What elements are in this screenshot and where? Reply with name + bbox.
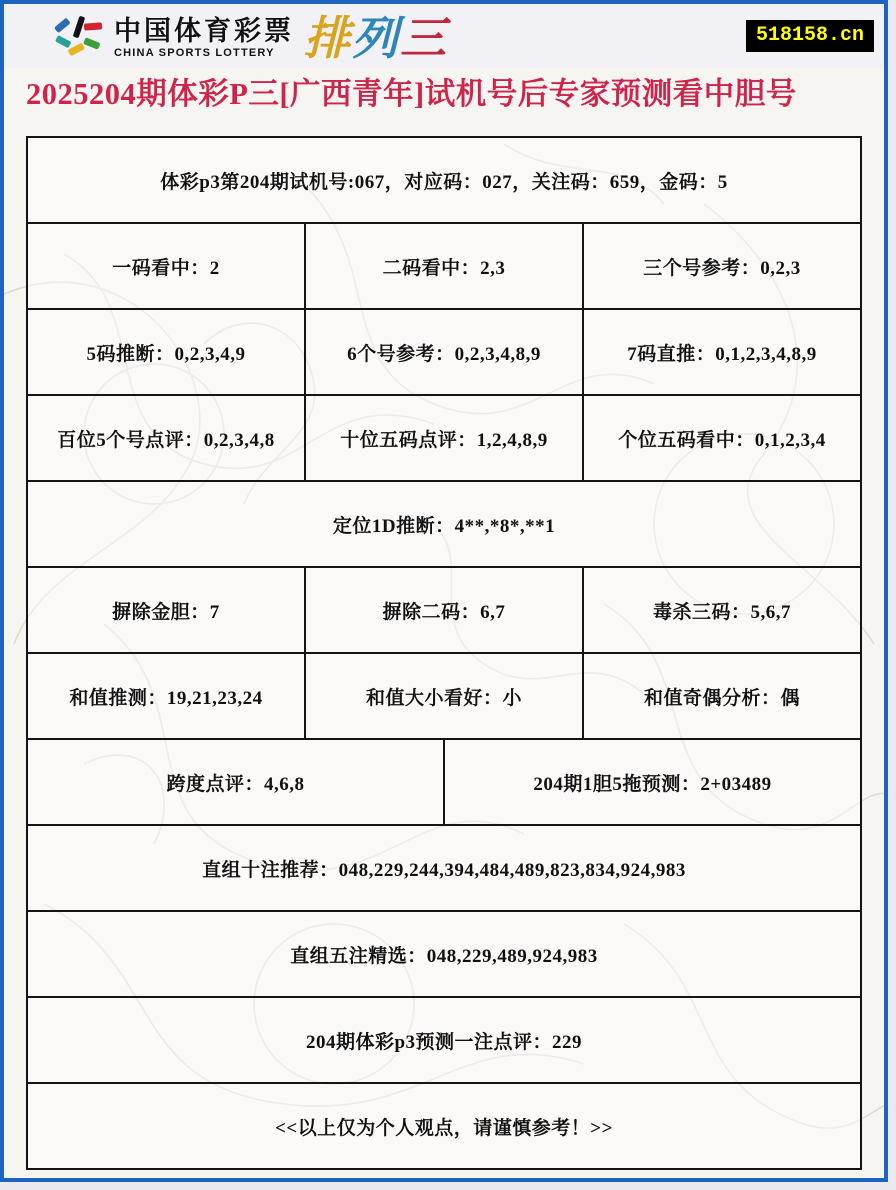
cell-seven-codes: 7码直推：0,1,2,3,4,8,9 [583, 309, 861, 395]
cell-exclude-two: 摒除二码：6,7 [305, 567, 583, 653]
table-row: 和值推测：19,21,23,24 和值大小看好：小 和值奇偶分析：偶 [27, 653, 861, 739]
cell-testnumber-summary: 体彩p3第204期试机号:067，对应码：027，关注码：659，金码：5 [27, 137, 861, 223]
cell-tens-digit: 十位五码点评：1,2,4,8,9 [305, 395, 583, 481]
table-row: 体彩p3第204期试机号:067，对应码：027，关注码：659，金码：5 [27, 137, 861, 223]
brand-char-pai: 排 [304, 12, 352, 64]
lottery-sticks-icon [52, 14, 104, 62]
table-row: 一码看中：2 二码看中：2,3 三个号参考：0,2,3 [27, 223, 861, 309]
table-row: 直组十注推荐：048,229,244,394,484,489,823,834,9… [27, 825, 861, 911]
brand-char-lie: 列 [352, 12, 400, 64]
cell-disclaimer: <<以上仅为个人观点，请谨慎参考！>> [27, 1083, 861, 1169]
logo-cn-text: 中国体育彩票 [114, 18, 294, 45]
cell-five-codes: 5码推断：0,2,3,4,9 [27, 309, 305, 395]
table-row: 百位5个号点评：0,2,3,4,8 十位五码点评：1,2,4,8,9 个位五码看… [27, 395, 861, 481]
cell-two-codes: 二码看中：2,3 [305, 223, 583, 309]
table-row: 定位1D推断：4**,*8*,**1 [27, 481, 861, 567]
prediction-table: 体彩p3第204期试机号:067，对应码：027，关注码：659，金码：5 一码… [26, 136, 862, 1170]
cell-units-digit: 个位五码看中：0,1,2,3,4 [583, 395, 861, 481]
cell-sum-guess: 和值推测：19,21,23,24 [27, 653, 305, 739]
cell-kill-three: 毒杀三码：5,6,7 [583, 567, 861, 653]
lottery-logo: 中国体育彩票 CHINA SPORTS LOTTERY 排列三 [52, 14, 448, 62]
cell-five-picks: 直组五注精选：048,229,489,924,983 [27, 911, 861, 997]
table-row: 直组五注精选：048,229,489,924,983 [27, 911, 861, 997]
cell-six-codes: 6个号参考：0,2,3,4,8,9 [305, 309, 583, 395]
brand-char-san: 三 [400, 12, 448, 64]
cell-hundreds-digit: 百位5个号点评：0,2,3,4,8 [27, 395, 305, 481]
cell-position-1d: 定位1D推断：4**,*8*,**1 [27, 481, 861, 567]
site-badge: 518158.cn [746, 20, 874, 52]
cell-span-comment: 跨度点评：4,6,8 [27, 739, 444, 825]
header: 中国体育彩票 CHINA SPORTS LOTTERY 排列三 518158.c… [4, 4, 884, 68]
table-row: 跨度点评：4,6,8 204期1胆5拖预测：2+03489 [27, 739, 861, 825]
cell-sum-parity: 和值奇偶分析：偶 [583, 653, 861, 739]
table-row: <<以上仅为个人观点，请谨慎参考！>> [27, 1083, 861, 1169]
cell-dan-tuo: 204期1胆5拖预测：2+03489 [444, 739, 861, 825]
page-title: 2025204期体彩P三[广西青年]试机号后专家预测看中胆号 [26, 72, 876, 116]
cell-single-pick: 204期体彩p3预测一注点评：229 [27, 997, 861, 1083]
cell-three-codes: 三个号参考：0,2,3 [583, 223, 861, 309]
cell-ten-picks: 直组十注推荐：048,229,244,394,484,489,823,834,9… [27, 825, 861, 911]
cell-one-code: 一码看中：2 [27, 223, 305, 309]
brand-pailiesan: 排列三 [304, 14, 448, 62]
cell-sum-size: 和值大小看好：小 [305, 653, 583, 739]
table-row: 5码推断：0,2,3,4,9 6个号参考：0,2,3,4,8,9 7码直推：0,… [27, 309, 861, 395]
logo-text: 中国体育彩票 CHINA SPORTS LOTTERY [114, 18, 294, 59]
table-row: 摒除金胆：7 摒除二码：6,7 毒杀三码：5,6,7 [27, 567, 861, 653]
table-row: 204期体彩p3预测一注点评：229 [27, 997, 861, 1083]
logo-en-text: CHINA SPORTS LOTTERY [114, 48, 294, 59]
cell-exclude-gold: 摒除金胆：7 [27, 567, 305, 653]
page: 中国体育彩票 CHINA SPORTS LOTTERY 排列三 518158.c… [0, 0, 888, 1182]
